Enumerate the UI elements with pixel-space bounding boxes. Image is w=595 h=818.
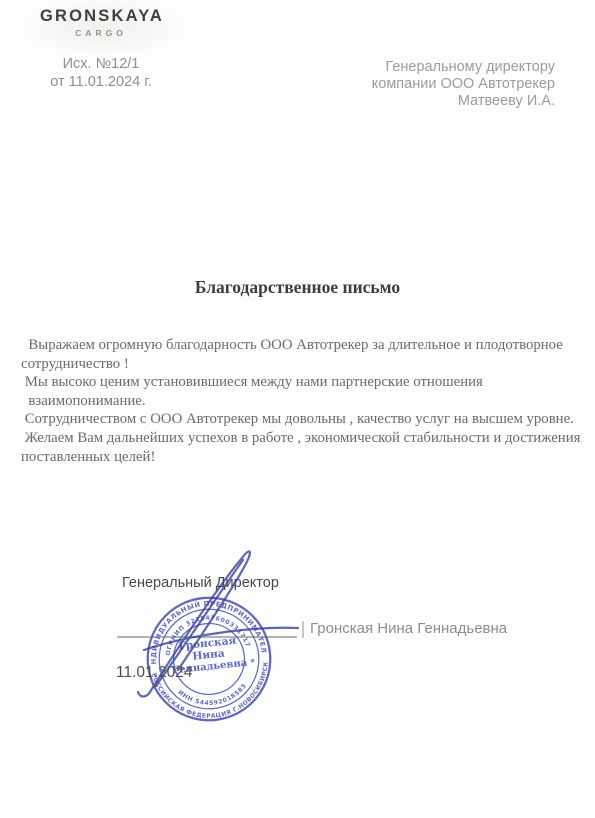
name-separator-bar <box>302 621 304 638</box>
letter-date: 11.01.2024 <box>116 664 192 682</box>
logo-subtitle: CARGO <box>40 28 162 38</box>
signer-name: Гронская Нина Геннадьевна <box>310 620 507 637</box>
letter-body: Выражаем огромную благодарность ООО Авто… <box>21 336 581 466</box>
letter-title: Благодарственное письмо <box>0 277 595 298</box>
letter-page: GRONSKAYA CARGO Исх. №12/1 от 11.01.2024… <box>0 0 595 818</box>
addressee-line: Матвееву И.А. <box>295 93 555 110</box>
addressee-line: компании ООО Автотрекер <box>295 76 555 93</box>
ref-date: от 11.01.2024 г. <box>28 73 174 91</box>
ref-block: Исх. №12/1 от 11.01.2024 г. <box>28 55 174 91</box>
addressee-block: Генеральному директору компании ООО Авто… <box>295 59 555 110</box>
addressee-line: Генеральному директору <box>295 59 555 76</box>
logo-name: GRONSKAYA <box>40 7 162 26</box>
ref-number: Исх. №12/1 <box>28 55 174 73</box>
company-logo: GRONSKAYA CARGO <box>40 7 162 38</box>
